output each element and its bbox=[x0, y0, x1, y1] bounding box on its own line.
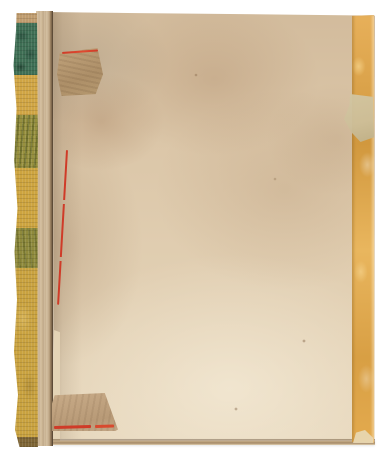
spine-patch-olive-streaked bbox=[13, 115, 38, 168]
tape-patch-top-left bbox=[57, 48, 103, 96]
spine-cloth bbox=[13, 13, 38, 447]
right-ochre-tape-strip bbox=[352, 15, 374, 443]
binding-fold-strip bbox=[36, 11, 53, 446]
photo-frame bbox=[0, 0, 391, 460]
spine-patch-teal bbox=[13, 23, 38, 75]
red-stitch-bottom-right bbox=[95, 424, 114, 427]
spine-patch-mustard-lower bbox=[13, 268, 38, 437]
foxing-specks bbox=[53, 10, 55, 12]
spine-patch-dark-tip bbox=[13, 437, 38, 447]
spine-patch-tan-top bbox=[13, 13, 38, 23]
spine-patch-green-olive bbox=[13, 228, 38, 268]
spine-patch-yellow bbox=[13, 168, 38, 228]
spine-patch-mustard bbox=[13, 75, 38, 115]
page-block-bottom-edge bbox=[53, 439, 375, 445]
